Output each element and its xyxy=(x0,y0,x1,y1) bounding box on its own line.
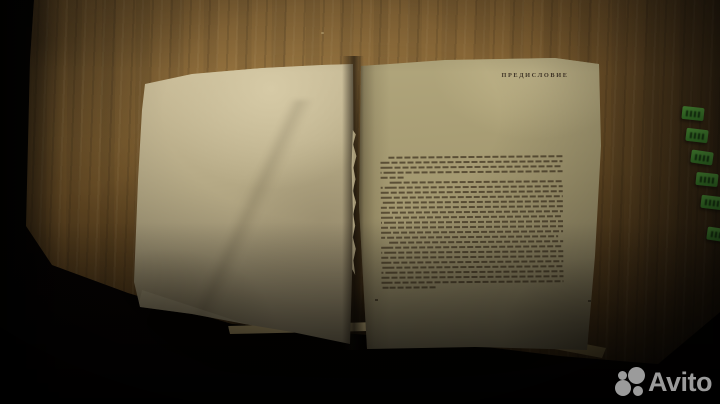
page-number-left xyxy=(375,299,378,301)
text-line xyxy=(389,180,563,184)
page-number-right xyxy=(588,300,591,302)
desk-speck xyxy=(321,32,324,34)
text-line xyxy=(388,155,562,159)
text-line xyxy=(380,160,562,164)
avito-logo-text: Avito xyxy=(648,364,712,400)
text-line xyxy=(381,230,563,234)
text-line xyxy=(382,280,564,284)
logo-circle xyxy=(628,367,645,384)
right-page-text xyxy=(380,155,563,291)
text-line xyxy=(381,177,406,180)
text-line xyxy=(389,240,563,244)
text-line xyxy=(382,286,437,289)
text-line xyxy=(381,235,558,239)
text-line xyxy=(381,210,563,214)
photo-scene: ПРЕДИСЛОВИЕ Avito xyxy=(0,0,720,404)
chapter-heading: ПРЕДИСЛОВИЕ xyxy=(497,72,573,79)
text-line xyxy=(381,200,563,204)
text-line xyxy=(381,170,563,174)
logo-circle xyxy=(615,380,631,396)
text-line xyxy=(381,205,563,209)
text-line xyxy=(381,250,563,254)
text-line xyxy=(381,275,563,279)
text-line xyxy=(381,185,563,189)
text-line xyxy=(381,270,563,274)
text-line xyxy=(381,265,563,269)
text-line xyxy=(381,255,563,259)
avito-watermark: Avito xyxy=(612,362,720,402)
page-crease xyxy=(162,100,332,330)
logo-circle xyxy=(618,371,627,380)
logo-circle xyxy=(633,386,643,396)
text-line xyxy=(381,165,563,169)
text-line xyxy=(381,245,563,249)
text-line xyxy=(381,225,563,229)
text-line xyxy=(381,190,563,194)
text-line xyxy=(381,220,563,224)
text-line xyxy=(381,260,563,264)
text-line xyxy=(381,195,563,199)
text-line xyxy=(381,215,563,219)
left-page xyxy=(132,60,356,350)
right-page: ПРЕДИСЛОВИЕ xyxy=(355,56,605,352)
